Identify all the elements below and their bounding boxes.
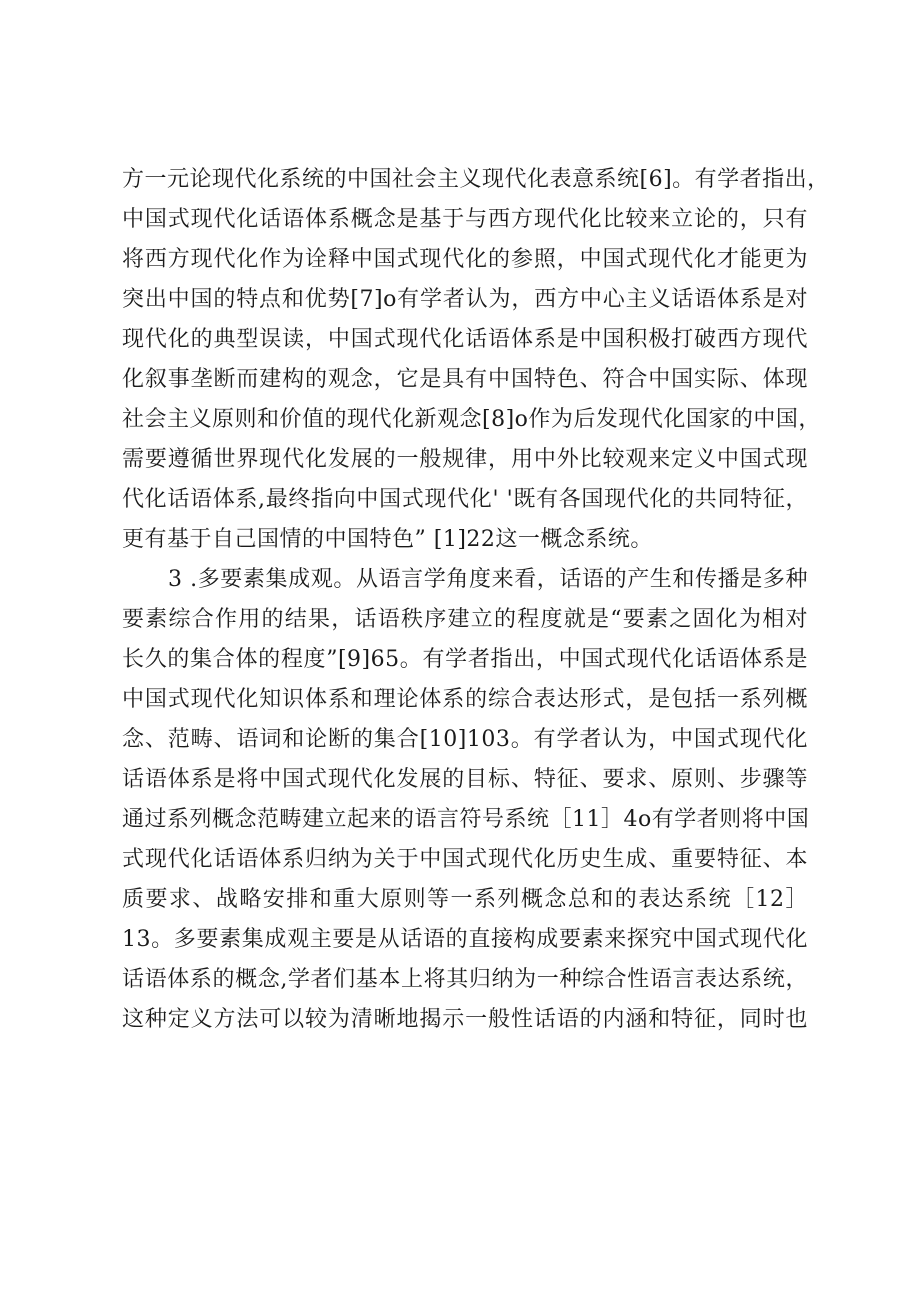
paragraph-2: 3 .多要素集成观。从语言学角度来看，话语的产生和传播是多种 要素综合作用的结果… (122, 562, 808, 1042)
text-line: 社会主义原则和价值的现代化新观念[8]o作为后发现代化国家的中国， (122, 402, 808, 442)
text-line: 式现代化话语体系归纳为关于中国式现代化历史生成、重要特征、本 (122, 842, 808, 882)
text-line: 中国式现代化话语体系概念是基于与西方现代化比较来立论的，只有 (122, 202, 808, 242)
text-line: 话语体系的概念,学者们基本上将其归纳为一种综合性语言表达系统， (122, 962, 808, 1002)
text-line: 需要遵循世界现代化发展的一般规律，用中外比较观来定义中国式现 (122, 442, 808, 482)
body-text: 方一元论现代化系统的中国社会主义现代化表意系统[6]。有学者指出， 中国式现代化… (122, 162, 808, 1042)
text-line: 话语体系是将中国式现代化发展的目标、特征、要求、原则、步骤等 (122, 762, 808, 802)
text-line: 长久的集合体的程度”[9]65。有学者指出，中国式现代化话语体系是 (122, 642, 808, 682)
text-line: 更有基于自己国情的中国特色” [1]22这一概念系统。 (122, 522, 808, 562)
text-line: 念、范畴、语词和论断的集合[10]103。有学者认为，中国式现代化 (122, 722, 808, 762)
text-line: 通过系列概念范畴建立起来的语言符号系统［11］4o有学者则将中国 (122, 802, 808, 842)
text-line: 突出中国的特点和优势[7]o有学者认为，西方中心主义话语体系是对 (122, 282, 808, 322)
document-page: 方一元论现代化系统的中国社会主义现代化表意系统[6]。有学者指出， 中国式现代化… (0, 0, 920, 1301)
section-heading-line: 3 .多要素集成观。从语言学角度来看，话语的产生和传播是多种 (122, 562, 808, 602)
text-line: 中国式现代化知识体系和理论体系的综合表达形式，是包括一系列概 (122, 682, 808, 722)
text-line: 代化话语体系,最终指向中国式现代化' '既有各国现代化的共同特征， (122, 482, 808, 522)
text-line: 化叙事垄断而建构的观念，它是具有中国特色、符合中国实际、体现 (122, 362, 808, 402)
text-line: 这种定义方法可以较为清晰地揭示一般性话语的内涵和特征，同时也 (122, 1002, 808, 1042)
text-line: 要素综合作用的结果，话语秩序建立的程度就是“要素之固化为相对 (122, 602, 808, 642)
text-line: 方一元论现代化系统的中国社会主义现代化表意系统[6]。有学者指出， (122, 162, 808, 202)
text-line: 质要求、战略安排和重大原则等一系列概念总和的表达系统［12］ (122, 882, 808, 922)
text-line: 13。多要素集成观主要是从话语的直接构成要素来探究中国式现代化 (122, 922, 808, 962)
paragraph-1: 方一元论现代化系统的中国社会主义现代化表意系统[6]。有学者指出， 中国式现代化… (122, 162, 808, 562)
text-line: 现代化的典型误读，中国式现代化话语体系是中国积极打破西方现代 (122, 322, 808, 362)
text-line: 将西方现代化作为诠释中国式现代化的参照，中国式现代化才能更为 (122, 242, 808, 282)
